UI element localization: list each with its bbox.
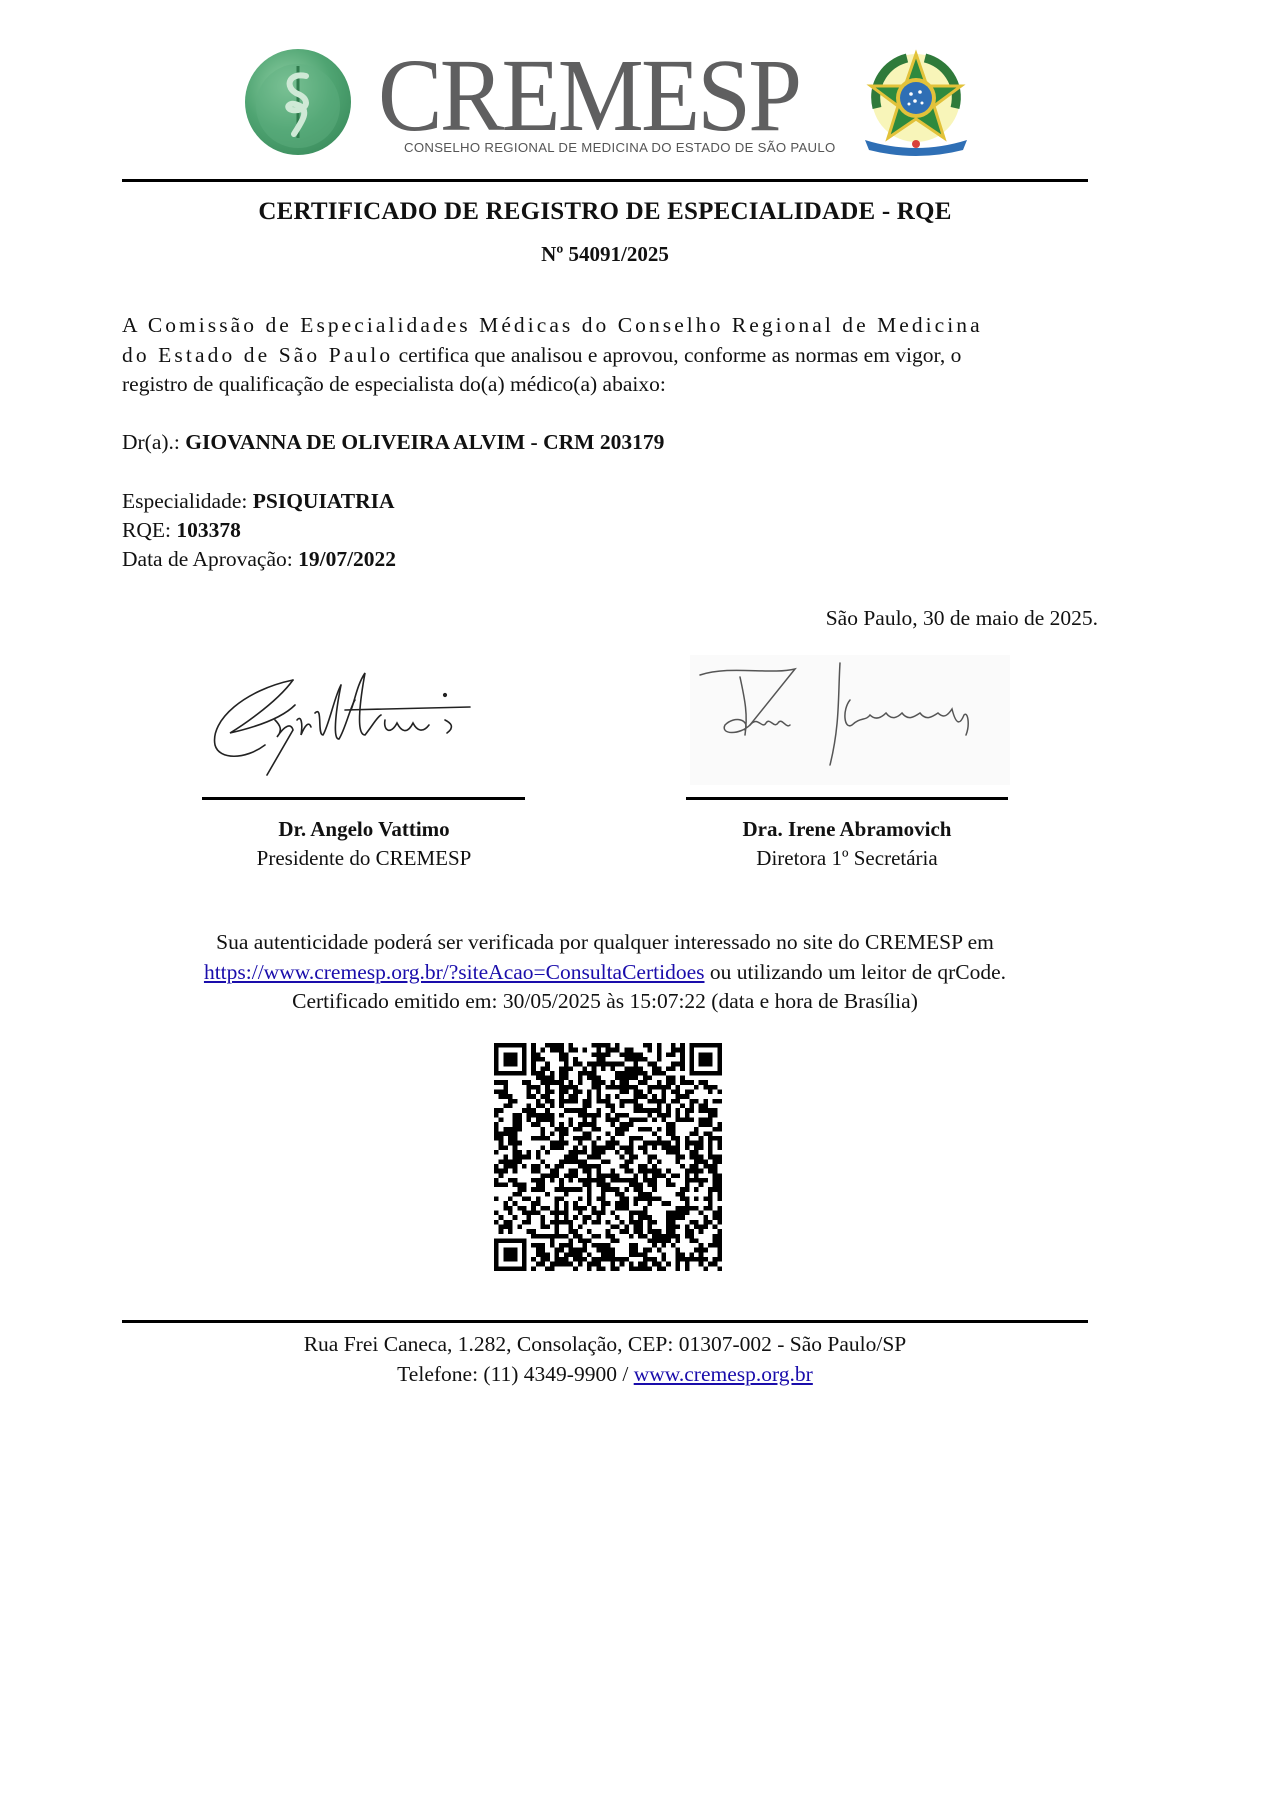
header-divider — [122, 179, 1088, 182]
verification-line-2-suffix: ou utilizando um leitor de qrCode. — [705, 960, 1007, 984]
signer-name: Dra. Irene Abramovich — [637, 815, 1057, 844]
signature-line-secretary — [686, 797, 1008, 800]
approval-date-field: Data de Aprovação: 19/07/2022 — [122, 547, 396, 572]
rqe-label: RQE: — [122, 518, 176, 542]
verification-line-1: Sua autenticidade poderá ser verificada … — [0, 928, 1210, 958]
certificate-title: CERTIFICADO DE REGISTRO DE ESPECIALIDADE… — [0, 198, 1210, 226]
intro-line-2b: certifica que analisou e aprovou, confor… — [393, 343, 961, 367]
signer-secretary: Dra. Irene Abramovich Diretora 1º Secret… — [637, 815, 1057, 873]
specialty-field: Especialidade: PSIQUIATRIA — [122, 489, 395, 514]
qr-code[interactable] — [494, 1043, 722, 1271]
signer-role: Diretora 1º Secretária — [637, 844, 1057, 873]
signer-name: Dr. Angelo Vattimo — [154, 815, 574, 844]
issued-timestamp: Certificado emitido em: 30/05/2025 às 15… — [0, 987, 1210, 1017]
caduceus-seal-icon — [244, 48, 352, 156]
intro-line-1: A Comissão de Especialidades Médicas do … — [122, 311, 1088, 341]
rqe-value: 103378 — [176, 518, 241, 542]
intro-line-3: registro de qualificação de especialista… — [122, 370, 1088, 400]
brazil-coat-of-arms-icon — [857, 48, 975, 160]
footer-divider — [122, 1320, 1088, 1323]
verification-link[interactable]: https://www.cremesp.org.br/?siteAcao=Con… — [204, 960, 705, 984]
approval-date-value: 19/07/2022 — [298, 547, 396, 571]
verification-notice: Sua autenticidade poderá ser verificada … — [0, 928, 1210, 1017]
logo-wordmark: CREMESP — [378, 46, 806, 146]
place-and-date: São Paulo, 30 de maio de 2025. — [700, 606, 1098, 631]
specialty-value: PSIQUIATRIA — [253, 489, 395, 513]
specialty-label: Especialidade: — [122, 489, 253, 513]
footer-site-link[interactable]: www.cremesp.org.br — [634, 1362, 813, 1386]
doctor-field: Dr(a).: GIOVANNA DE OLIVEIRA ALVIM - CRM… — [122, 430, 664, 455]
logo-subtitle: CONSELHO REGIONAL DE MEDICINA DO ESTADO … — [404, 140, 824, 155]
intro-line-2a: do Estado de São Paulo — [122, 343, 393, 367]
doctor-value: GIOVANNA DE OLIVEIRA ALVIM - CRM 203179 — [185, 430, 664, 454]
signer-role: Presidente do CREMESP — [154, 844, 574, 873]
certificate-number: Nº 54091/2025 — [0, 242, 1210, 267]
doctor-label: Dr(a).: — [122, 430, 185, 454]
signature-irene-abramovich — [690, 655, 1010, 785]
signer-president: Dr. Angelo Vattimo Presidente do CREMESP — [154, 815, 574, 873]
rqe-field: RQE: 103378 — [122, 518, 241, 543]
intro-paragraph: A Comissão de Especialidades Médicas do … — [122, 311, 1088, 400]
footer-address: Rua Frei Caneca, 1.282, Consolação, CEP:… — [0, 1330, 1210, 1360]
approval-date-label: Data de Aprovação: — [122, 547, 298, 571]
footer-phone: Telefone: (11) 4349-9900 / — [397, 1362, 634, 1386]
footer: Rua Frei Caneca, 1.282, Consolação, CEP:… — [0, 1330, 1210, 1389]
signature-angelo-vattimo — [205, 665, 515, 785]
signature-line-president — [202, 797, 525, 800]
